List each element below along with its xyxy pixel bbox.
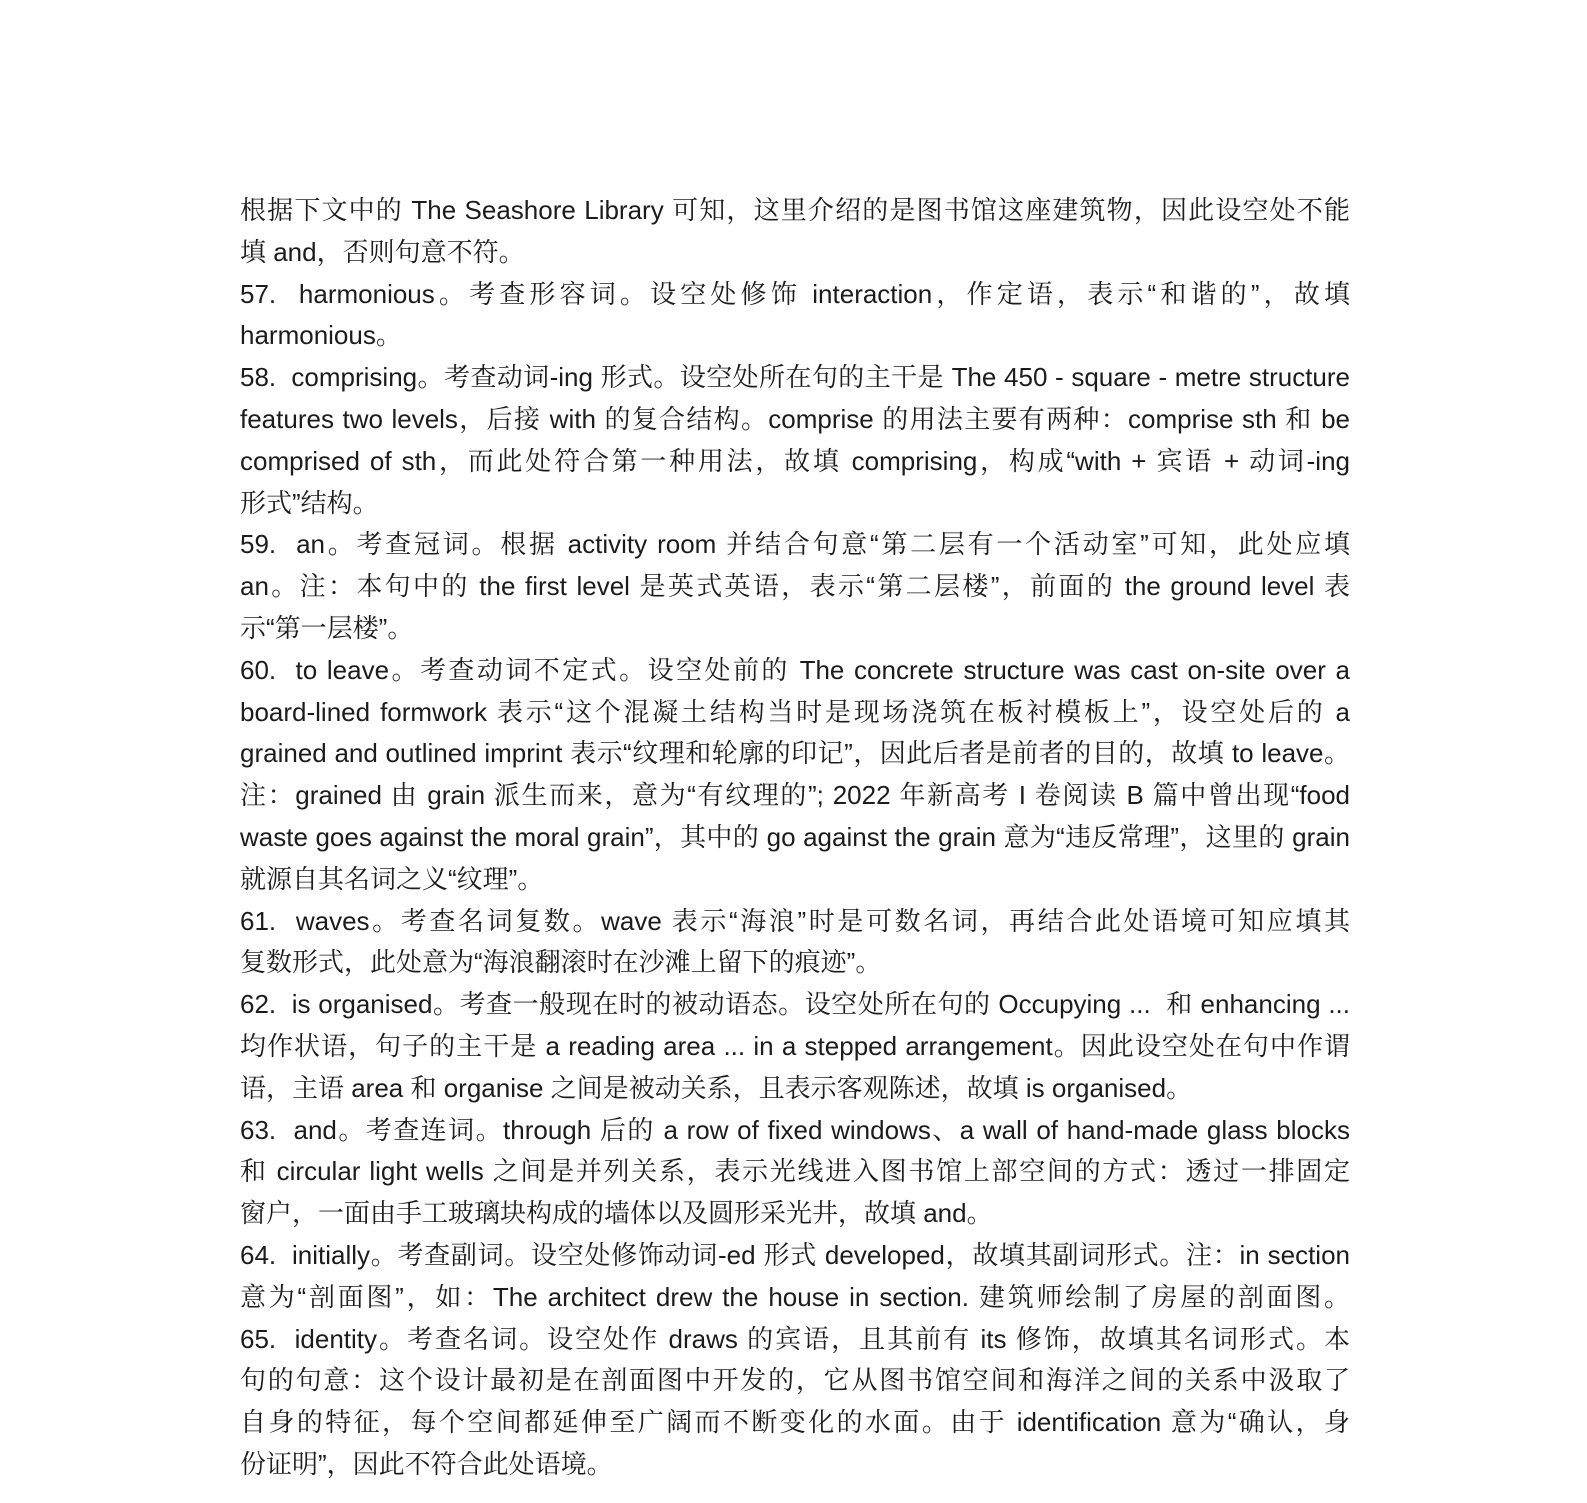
paragraph-q64: 64. initially。考查副词。设空处修饰动词-ed 形式 develop… (240, 1235, 1350, 1319)
text-line-q63-2: 和 circular light wells 之间是并列关系，表示光线进入图书馆… (240, 1151, 1350, 1193)
paragraph-q62: 62. is organised。考查一般现在时的被动语态。设空处所在句的 Oc… (240, 984, 1350, 1109)
paragraph-q57: 57. harmonious。考查形容词。设空处修饰 interaction，作… (240, 274, 1350, 358)
paragraph-q60: 60. to leave。考查动词不定式。设空处前的 The concrete … (240, 650, 1350, 901)
paragraph-q58: 58. comprising。考查动词-ing 形式。设空处所在句的主干是 Th… (240, 357, 1350, 524)
text-line-q62-3: 语，主语 area 和 organise 之间是被动关系，且表示客观陈述，故填 … (240, 1068, 1350, 1110)
document-body: 根据下文中的 The Seashore Library 可知，这里介绍的是图书馆… (240, 190, 1350, 1486)
text-line-q56-continuation-1: 根据下文中的 The Seashore Library 可知，这里介绍的是图书馆… (240, 190, 1350, 232)
text-line-q63-1: 63. and。考查连词。through 后的 a row of fixed w… (240, 1110, 1350, 1152)
text-line-q60-5: waste goes against the moral grain”，其中的 … (240, 817, 1350, 859)
text-line-q60-3: grained and outlined imprint 表示“纹理和轮廓的印记… (240, 733, 1350, 775)
text-line-q58-2: features two levels，后接 with 的复合结构。compri… (240, 399, 1350, 441)
text-line-q57-1: 57. harmonious。考查形容词。设空处修饰 interaction，作… (240, 274, 1350, 316)
text-line-q65-3: 自身的特征，每个空间都延伸至广阔而不断变化的水面。由于 identificati… (240, 1402, 1350, 1444)
text-line-q62-2: 均作状语，句子的主干是 a reading area ... in a step… (240, 1026, 1350, 1068)
paragraph-q59: 59. an。考查冠词。根据 activity room 并结合句意“第二层有一… (240, 524, 1350, 649)
text-line-q57-2: harmonious。 (240, 315, 1350, 357)
text-line-q59-2: an。注：本句中的 the first level 是英式英语，表示“第二层楼”… (240, 566, 1350, 608)
text-line-q65-1: 65. identity。考查名词。设空处作 draws 的宾语，且其前有 it… (240, 1319, 1350, 1361)
text-line-q56-continuation-2: 填 and，否则句意不符。 (240, 232, 1350, 274)
paragraph-q56-continuation: 根据下文中的 The Seashore Library 可知，这里介绍的是图书馆… (240, 190, 1350, 274)
text-line-q58-1: 58. comprising。考查动词-ing 形式。设空处所在句的主干是 Th… (240, 357, 1350, 399)
text-line-q58-3: comprised of sth，而此处符合第一种用法，故填 comprisin… (240, 441, 1350, 483)
paragraph-q63: 63. and。考查连词。through 后的 a row of fixed w… (240, 1110, 1350, 1235)
text-line-q63-3: 窗户，一面由手工玻璃块构成的墙体以及圆形采光井，故填 and。 (240, 1193, 1350, 1235)
text-line-q61-2: 复数形式，此处意为“海浪翻滚时在沙滩上留下的痕迹”。 (240, 942, 1350, 984)
text-line-q64-1: 64. initially。考查副词。设空处修饰动词-ed 形式 develop… (240, 1235, 1350, 1277)
text-line-q65-4: 份证明”，因此不符合此处语境。 (240, 1444, 1350, 1486)
text-line-q59-1: 59. an。考查冠词。根据 activity room 并结合句意“第二层有一… (240, 524, 1350, 566)
text-line-q60-2: board-lined formwork 表示“这个混凝土结构当时是现场浇筑在板… (240, 692, 1350, 734)
text-line-q58-4: 形式”结构。 (240, 483, 1350, 525)
text-line-q60-6: 就源自其名词之义“纹理”。 (240, 859, 1350, 901)
text-line-q60-1: 60. to leave。考查动词不定式。设空处前的 The concrete … (240, 650, 1350, 692)
paragraph-q65: 65. identity。考查名词。设空处作 draws 的宾语，且其前有 it… (240, 1319, 1350, 1486)
text-line-q64-2: 意为“剖面图”，如：The architect drew the house i… (240, 1277, 1350, 1319)
text-line-q65-2: 句的句意：这个设计最初是在剖面图中开发的，它从图书馆空间和海洋之间的关系中汲取了 (240, 1360, 1350, 1402)
text-line-q61-1: 61. waves。考查名词复数。wave 表示“海浪”时是可数名词，再结合此处… (240, 901, 1350, 943)
document-page: 根据下文中的 The Seashore Library 可知，这里介绍的是图书馆… (0, 0, 1587, 1503)
text-line-q59-3: 示“第一层楼”。 (240, 608, 1350, 650)
text-line-q62-1: 62. is organised。考查一般现在时的被动语态。设空处所在句的 Oc… (240, 984, 1350, 1026)
text-line-q60-4: 注：grained 由 grain 派生而来，意为“有纹理的”; 2022 年新… (240, 775, 1350, 817)
paragraph-q61: 61. waves。考查名词复数。wave 表示“海浪”时是可数名词，再结合此处… (240, 901, 1350, 985)
